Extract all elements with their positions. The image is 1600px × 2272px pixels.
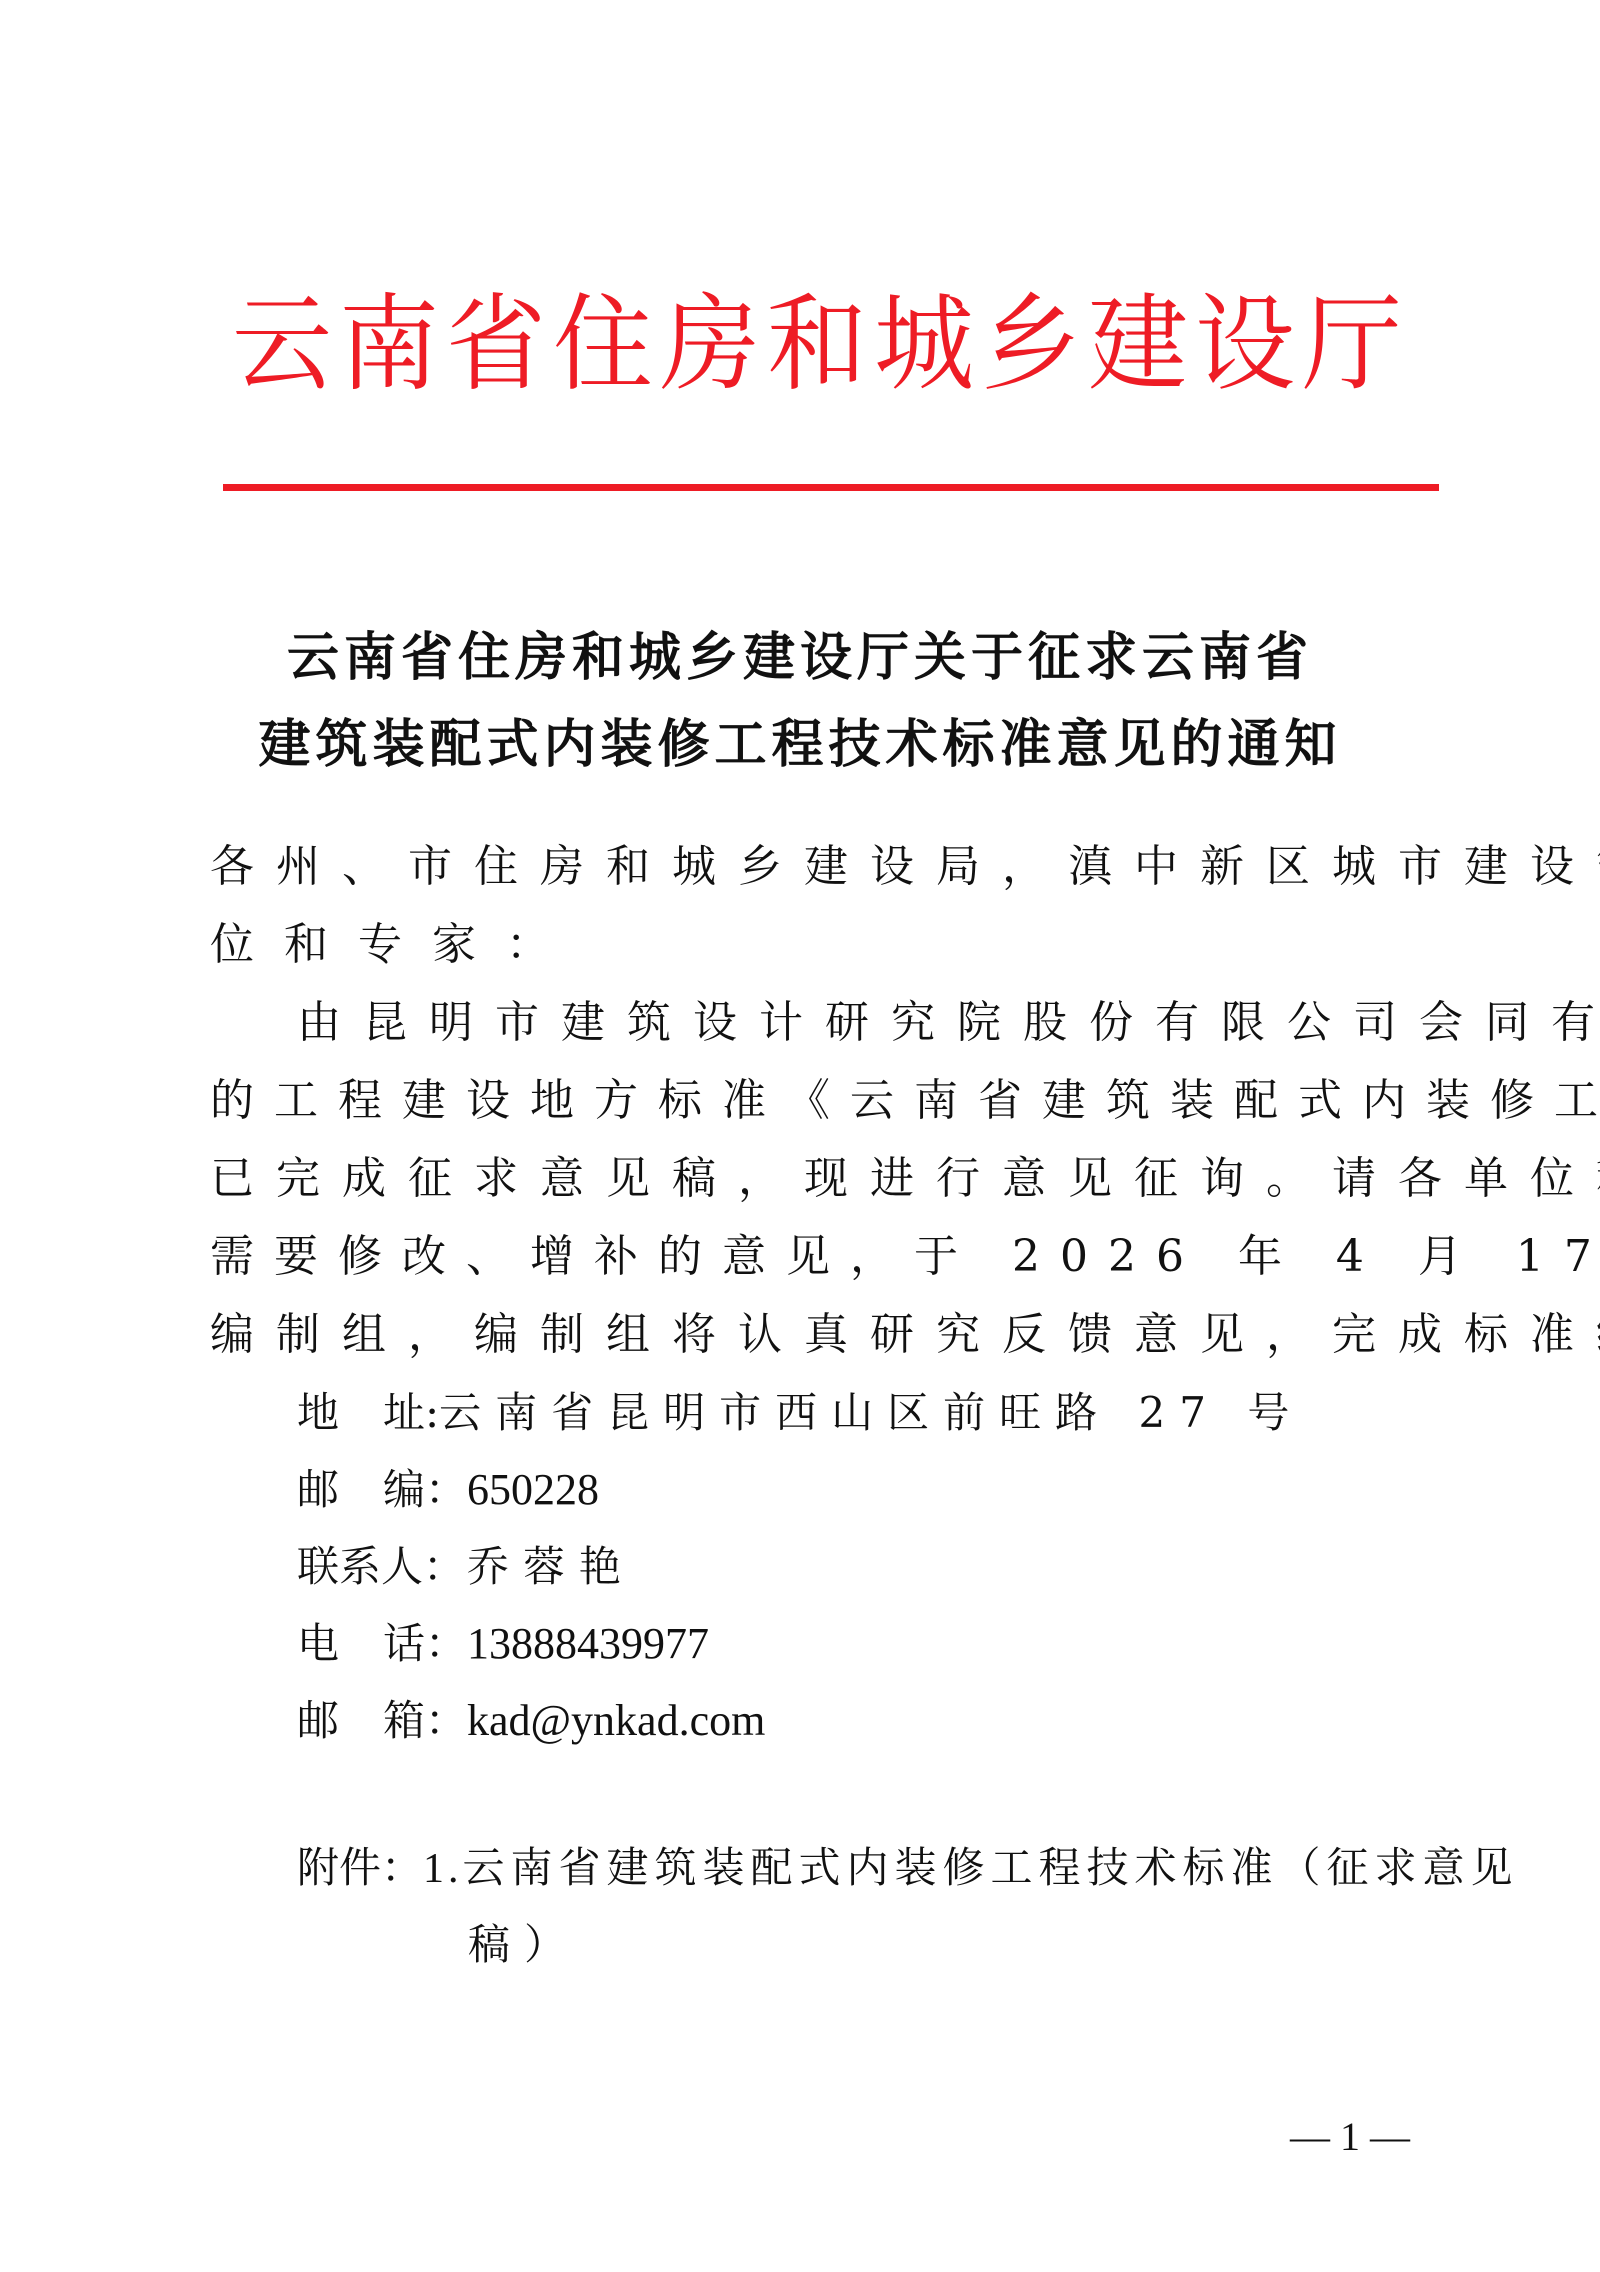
- contact-label: 联系人：: [297, 1538, 467, 1596]
- body-line-3: 已完成征求意见稿，现进行意见征询。请各单位和相关专家提出: [210, 1150, 1600, 1208]
- contact-row-address: 地址:云南省昆明市西山区前旺路 27 号: [297, 1384, 1303, 1442]
- contact-row-person: 联系人：乔蓉艳: [297, 1538, 635, 1596]
- attachment-label: 附件：: [297, 1843, 423, 1892]
- attachment-line-1: 附件：1.云南省建筑装配式内装修工程技术标准（征求意见: [297, 1839, 1519, 1898]
- body-line-1: 由昆明市建筑设计研究院股份有限公司会同有关单位编制: [297, 994, 1600, 1052]
- page-number: — 1 —: [1290, 2112, 1410, 2162]
- attachment-title: 云南省建筑装配式内装修工程技术标准（征求意见: [463, 1843, 1519, 1892]
- masthead-red-rule: [223, 484, 1439, 491]
- masthead-org-name: 云南省住房和城乡建设厅: [232, 282, 1432, 408]
- contact-email-value[interactable]: kad@ynkad.com: [467, 1696, 765, 1745]
- document-title-line-2: 建筑装配式内装修工程技术标准意见的通知: [0, 713, 1600, 777]
- contact-postcode-value: 650228: [467, 1465, 599, 1514]
- contact-label: 邮编：: [297, 1461, 467, 1519]
- contact-row-postcode: 邮编：650228: [297, 1461, 599, 1519]
- contact-label: 邮箱：: [297, 1692, 467, 1750]
- attachment-number: 1.: [423, 1846, 463, 1892]
- contact-person-value: 乔蓉艳: [467, 1542, 635, 1591]
- body-line-4: 需要修改、增补的意见，于 2026 年 4 月 17 日前将意见反馈标准: [210, 1228, 1600, 1286]
- contact-phone-value: 13888439977: [467, 1619, 709, 1668]
- contact-label: 电话：: [297, 1615, 467, 1673]
- document-title-line-1: 云南省住房和城乡建设厅关于征求云南省: [0, 626, 1600, 690]
- contact-row-email: 邮箱：kad@ynkad.com: [297, 1692, 765, 1750]
- document-page: 云南省住房和城乡建设厅 云南省住房和城乡建设厅关于征求云南省 建筑装配式内装修工…: [0, 0, 1600, 2272]
- attachment-line-2: 稿）: [468, 1916, 580, 1974]
- contact-address-value: 云南省昆明市西山区前旺路 27 号: [439, 1388, 1303, 1437]
- salutation-line-1: 各州、市住房和城乡建设局，滇中新区城市建设管理局，有关单: [210, 838, 1600, 896]
- salutation-line-2: 位和专家：: [210, 916, 580, 974]
- body-line-2: 的工程建设地方标准《云南省建筑装配式内装修工程技术标准》: [210, 1072, 1600, 1130]
- contact-label: 地址:: [297, 1384, 439, 1442]
- contact-row-phone: 电话：13888439977: [297, 1615, 709, 1673]
- body-line-5: 编制组，编制组将认真研究反馈意见，完成标准编制。: [210, 1306, 1600, 1364]
